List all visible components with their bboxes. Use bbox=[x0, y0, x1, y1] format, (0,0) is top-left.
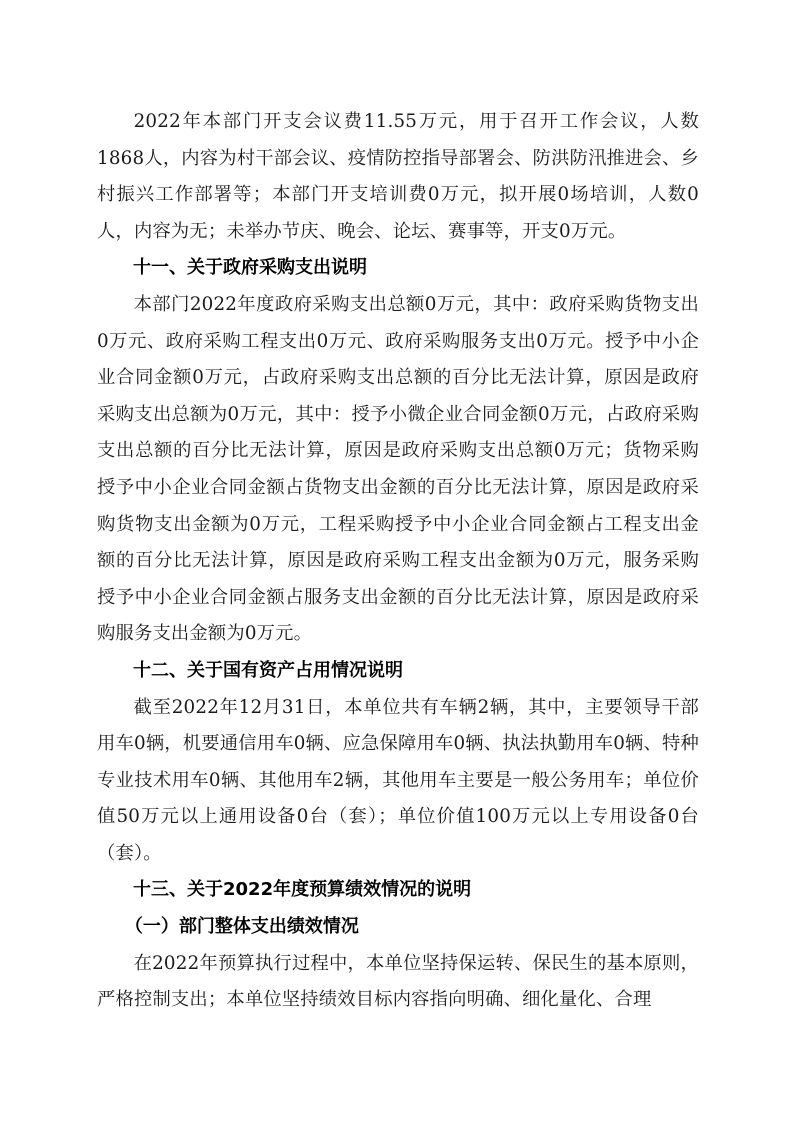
paragraph-state-assets: 截至2022年12月31日，本单位共有车辆2辆，其中，主要领导干部用车0辆，机要… bbox=[97, 690, 699, 873]
heading-section-11: 十一、关于政府采购支出说明 bbox=[97, 250, 699, 287]
document-page: 2022年本部门开支会议费11.55万元，用于召开工作会议，人数1868人，内容… bbox=[97, 104, 699, 1019]
paragraph-performance: 在2022年预算执行过程中，本单位坚持保运转、保民生的基本原则，严格控制支出；本… bbox=[97, 946, 699, 1019]
subheading-overall-performance: （一）部门整体支出绩效情况 bbox=[97, 909, 699, 946]
paragraph-government-procurement: 本部门2022年度政府采购支出总额0万元，其中：政府采购货物支出0万元、政府采购… bbox=[97, 287, 699, 653]
heading-section-13: 十三、关于2022年度预算绩效情况的说明 bbox=[97, 872, 699, 909]
paragraph-meeting-training-expenses: 2022年本部门开支会议费11.55万元，用于召开工作会议，人数1868人，内容… bbox=[97, 104, 699, 250]
heading-section-12: 十二、关于国有资产占用情况说明 bbox=[97, 653, 699, 690]
